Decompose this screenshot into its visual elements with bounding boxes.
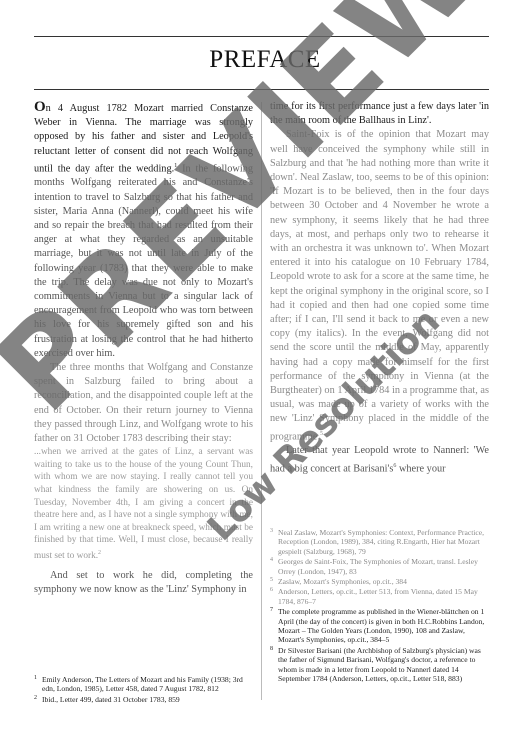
- footnote: 5Zaslaw, Mozart's Symphonies, op.cit., 3…: [270, 577, 489, 586]
- page-title: PREFACE: [0, 46, 530, 74]
- paragraph-2: The three months that Wolfgang and Const…: [34, 361, 253, 446]
- column-divider: [261, 102, 262, 700]
- paragraph-1: time for its first performance just a fe…: [270, 100, 489, 128]
- drop-cap: O: [34, 99, 46, 115]
- footnote: 7The complete programme as published in …: [270, 607, 489, 645]
- footnote: 2Ibid., Letter 499, dated 31 October 178…: [34, 695, 253, 704]
- quote-block: ...when we arrived at the gates of Linz,…: [34, 446, 253, 562]
- footnote-ref: 5: [320, 431, 323, 437]
- paragraph-2: Saint-Foix is of the opinion that Mozart…: [270, 128, 489, 444]
- paragraph-3: Later that year Leopold wrote to Nannerl…: [270, 444, 489, 476]
- paragraph-3: And set to work he did, completing the s…: [34, 569, 253, 597]
- document-page: PREFACE On 4 August 1782 Mozart married …: [0, 0, 530, 750]
- footnote: 6Anderson, Letters, op.cit., Letter 513,…: [270, 587, 489, 606]
- footnotes-left: 1Emily Anderson, The Letters of Mozart a…: [34, 675, 253, 705]
- header-rule-bottom: [34, 89, 489, 90]
- footnotes-right: 3Neal Zaslaw, Mozart's Symphonies: Conte…: [270, 528, 489, 685]
- footnote: 1Emily Anderson, The Letters of Mozart a…: [34, 675, 253, 694]
- right-column: time for its first performance just a fe…: [270, 100, 489, 476]
- footnote: 4Georges de Saint-Foix, The Symphonies o…: [270, 557, 489, 576]
- footnote: 3Neal Zaslaw, Mozart's Symphonies: Conte…: [270, 528, 489, 556]
- paragraph-1: On 4 August 1782 Mozart married Constanz…: [34, 100, 253, 361]
- footnote: 8Dr Silvester Barisani (the Archbishop o…: [270, 646, 489, 684]
- left-column: On 4 August 1782 Mozart married Constanz…: [34, 100, 253, 597]
- header-rule-top: [34, 36, 489, 37]
- footnote-ref: 2: [98, 550, 101, 556]
